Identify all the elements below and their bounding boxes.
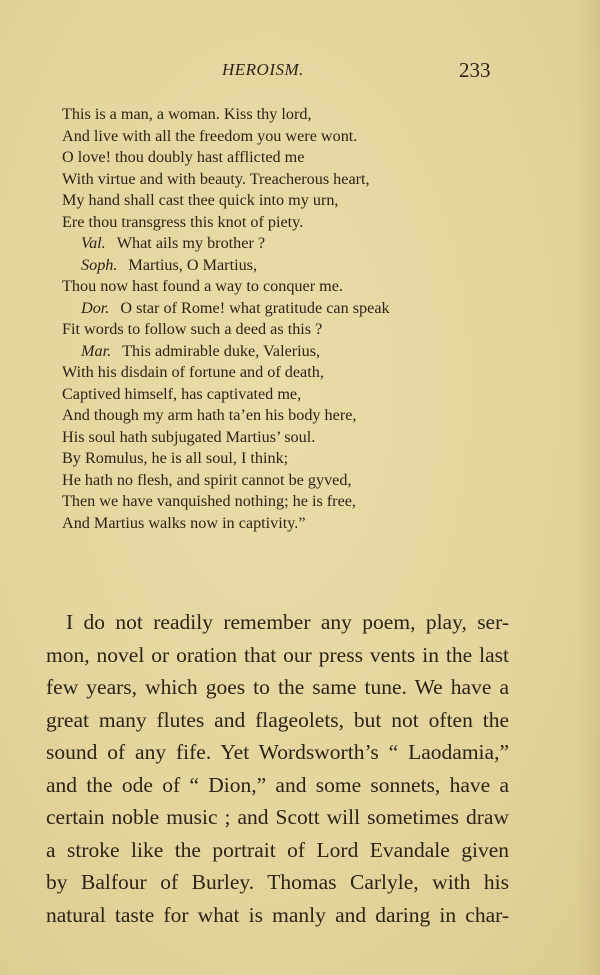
speaker-label: Val. bbox=[81, 234, 106, 252]
verse-line: My hand shall cast thee quick into my ur… bbox=[62, 190, 562, 212]
verse-line: With virtue and with beauty. Treacherous… bbox=[62, 169, 562, 191]
running-title: HEROISM. bbox=[222, 60, 304, 80]
verse-text: Ere thou transgress this knot of piety. bbox=[62, 213, 303, 231]
running-head: HEROISM. 233 bbox=[222, 60, 482, 86]
page-edge-shadow bbox=[578, 0, 600, 975]
prose-line: a stroke like the portrait of Lord Evand… bbox=[46, 834, 509, 867]
verse-block: This is a man, a woman. Kiss thy lord, A… bbox=[62, 104, 562, 534]
verse-text: My hand shall cast thee quick into my ur… bbox=[62, 191, 338, 209]
verse-text: And Martius walks now in captivity.” bbox=[62, 514, 306, 532]
verse-line: O love! thou doubly hast afflicted me bbox=[62, 147, 562, 169]
verse-text: O love! thou doubly hast afflicted me bbox=[62, 148, 304, 166]
prose-line: mon, novel or oration that our press ven… bbox=[46, 639, 509, 672]
verse-line: Soph.Martius, O Martius, bbox=[62, 255, 562, 277]
verse-text: Thou now hast found a way to conquer me. bbox=[62, 277, 343, 295]
speaker-label: Mar. bbox=[81, 342, 111, 360]
verse-line: Then we have vanquished nothing; he is f… bbox=[62, 491, 562, 513]
verse-line: Val.What ails my brother ? bbox=[62, 233, 562, 255]
speaker-label: Dor. bbox=[81, 299, 109, 317]
prose-line: and the ode of “ Dion,” and some sonnets… bbox=[46, 769, 509, 802]
verse-line: This is a man, a woman. Kiss thy lord, bbox=[62, 104, 562, 126]
verse-text: His soul hath subjugated Martius’ soul. bbox=[62, 428, 315, 446]
verse-line: He hath no flesh, and spirit cannot be g… bbox=[62, 470, 562, 492]
verse-line: Ere thou transgress this knot of piety. bbox=[62, 212, 562, 234]
verse-line: And live with all the freedom you were w… bbox=[62, 126, 562, 148]
verse-line: And though my arm hath ta’en his body he… bbox=[62, 405, 562, 427]
speaker-label: Soph. bbox=[81, 256, 117, 274]
verse-text: With virtue and with beauty. Treacherous… bbox=[62, 170, 370, 188]
verse-line: Thou now hast found a way to conquer me. bbox=[62, 276, 562, 298]
prose-line: great many flutes and flageolets, but no… bbox=[46, 704, 509, 737]
prose-line: natural taste for what is manly and dari… bbox=[46, 899, 509, 932]
verse-text: Captived himself, has captivated me, bbox=[62, 385, 301, 403]
verse-text: Martius, O Martius, bbox=[128, 256, 257, 274]
book-page: HEROISM. 233 This is a man, a woman. Kis… bbox=[0, 0, 600, 975]
prose-line: by Balfour of Burley. Thomas Carlyle, wi… bbox=[46, 866, 509, 899]
verse-line: By Romulus, he is all soul, I think; bbox=[62, 448, 562, 470]
verse-line: And Martius walks now in captivity.” bbox=[62, 513, 562, 535]
verse-text: He hath no flesh, and spirit cannot be g… bbox=[62, 471, 352, 489]
verse-text: O star of Rome! what gratitude can speak bbox=[120, 299, 389, 317]
verse-line: Captived himself, has captivated me, bbox=[62, 384, 562, 406]
verse-line: His soul hath subjugated Martius’ soul. bbox=[62, 427, 562, 449]
verse-text: With his disdain of fortune and of death… bbox=[62, 363, 324, 381]
verse-line: Fit words to follow such a deed as this … bbox=[62, 319, 562, 341]
verse-text: What ails my brother ? bbox=[117, 234, 265, 252]
verse-text: This is a man, a woman. Kiss thy lord, bbox=[62, 105, 312, 123]
verse-text: And live with all the freedom you were w… bbox=[62, 127, 357, 145]
page-number: 233 bbox=[459, 58, 491, 83]
prose-line: I do not readily remember any poem, play… bbox=[46, 606, 509, 639]
prose-line: sound of any fife. Yet Wordsworth’s “ La… bbox=[46, 736, 509, 769]
verse-line: Dor.O star of Rome! what gratitude can s… bbox=[62, 298, 562, 320]
prose-line: certain noble music ; and Scott will som… bbox=[46, 801, 509, 834]
verse-text: Then we have vanquished nothing; he is f… bbox=[62, 492, 356, 510]
verse-text: By Romulus, he is all soul, I think; bbox=[62, 449, 288, 467]
verse-text: And though my arm hath ta’en his body he… bbox=[62, 406, 356, 424]
verse-text: Fit words to follow such a deed as this … bbox=[62, 320, 322, 338]
verse-line: Mar.This admirable duke, Valerius, bbox=[62, 341, 562, 363]
prose-paragraph: I do not readily remember any poem, play… bbox=[46, 606, 509, 931]
verse-text: This admirable duke, Valerius, bbox=[122, 342, 320, 360]
prose-line: few years, which goes to the same tune. … bbox=[46, 671, 509, 704]
verse-line: With his disdain of fortune and of death… bbox=[62, 362, 562, 384]
